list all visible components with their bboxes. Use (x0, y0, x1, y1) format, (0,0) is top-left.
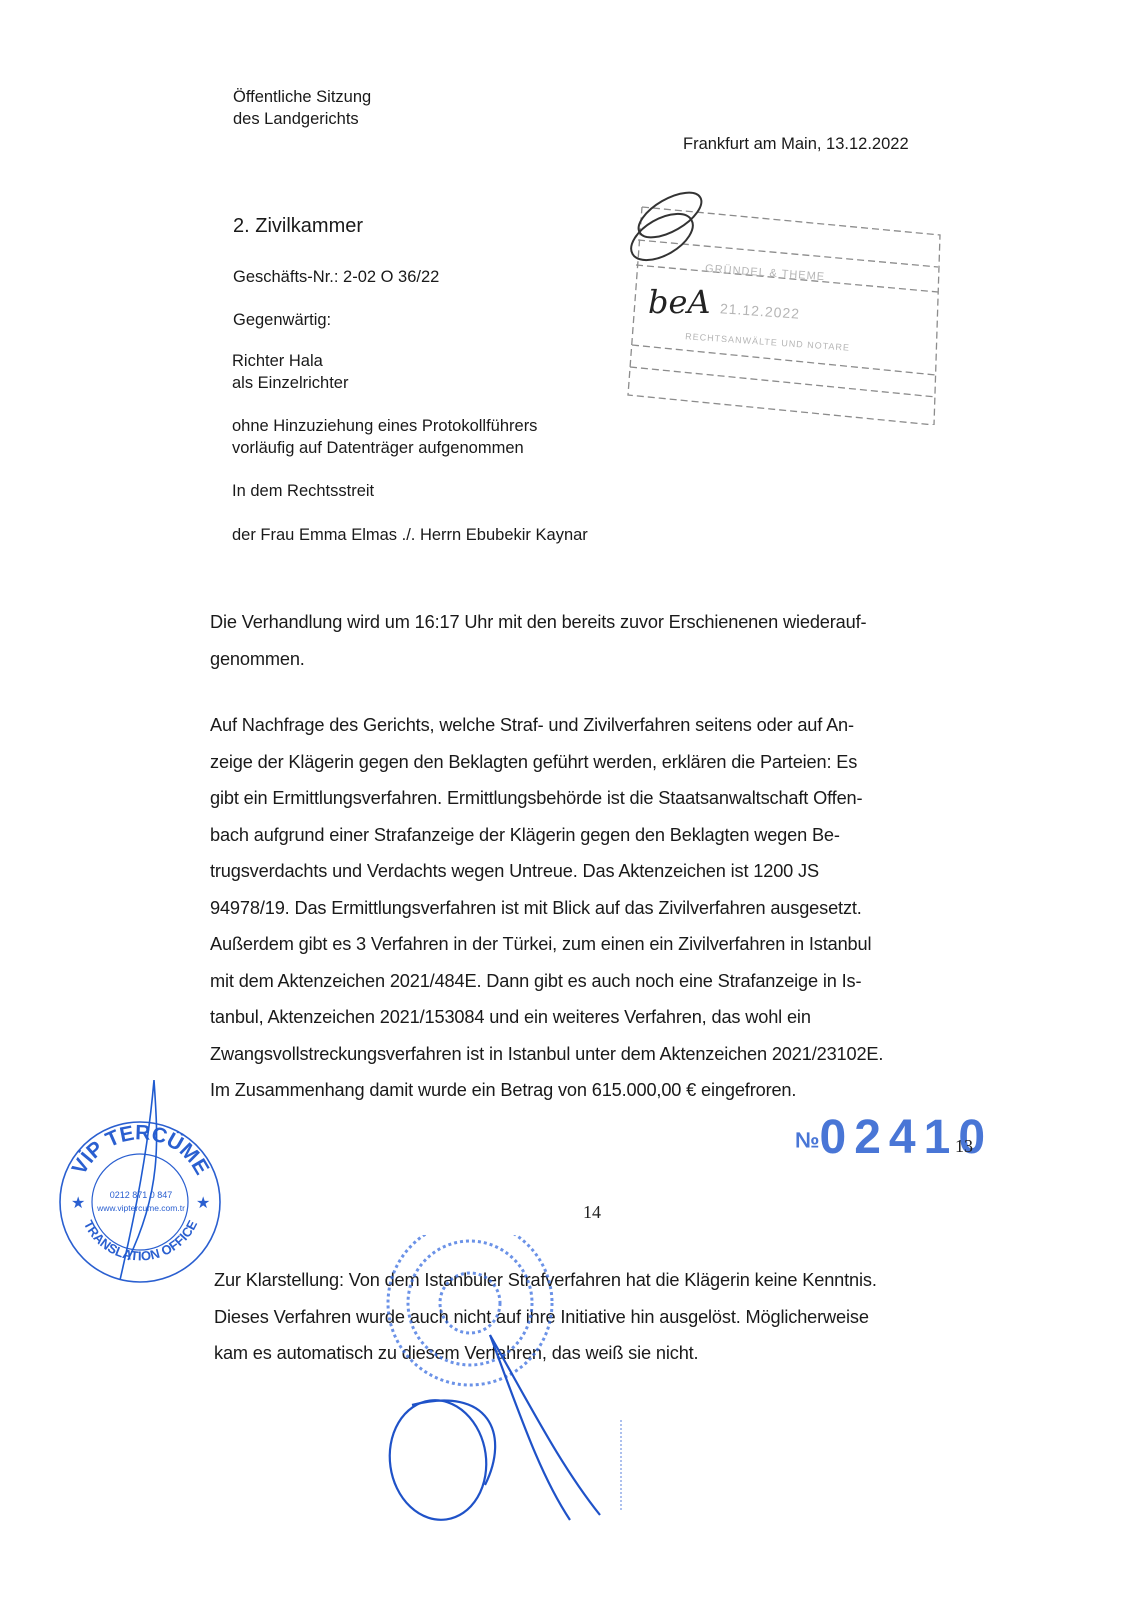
text-line: Zwangsvollstreckungsverfahren ist in Ist… (210, 1036, 990, 1073)
received-stamp: beA GRÜNDEL & THEME 21.12.2022 RECHTSANW… (620, 185, 945, 425)
original-page-number: 13 (955, 1136, 973, 1157)
text-line: Dieses Verfahren wurde auch nicht auf ih… (214, 1299, 994, 1336)
paragraph-resumption: Die Verhandlung wird um 16:17 Uhr mit de… (210, 604, 990, 677)
text-line: genommen. (210, 641, 990, 678)
stamp-residue (620, 1420, 636, 1510)
text-line: tanbul, Aktenzeichen 2021/153084 und ein… (210, 999, 990, 1036)
session-line-1: Öffentliche Sitzung (233, 86, 371, 108)
received-stamp-handwriting: beA (648, 283, 711, 321)
translation-office-seal: VİP TERCÜME TRANSLATION OFFICE ★ ★ 0212 … (58, 1120, 223, 1285)
place-date: Frankfurt am Main, 13.12.2022 (683, 133, 909, 155)
text-line: gibt ein Ermittlungsverfahren. Ermittlun… (210, 780, 990, 817)
case-number: Geschäfts-Nr.: 2-02 O 36/22 (233, 266, 439, 288)
parties: der Frau Emma Elmas ./. Herrn Ebubekir K… (232, 524, 588, 546)
text-line: kam es automatisch zu diesem Verfahren, … (214, 1335, 994, 1372)
text-line: Im Zusammenhang damit wurde ein Betrag v… (210, 1072, 990, 1109)
recording-line-2: vorläufig auf Datenträger aufgenommen (232, 437, 537, 459)
session-line-2: des Landgerichts (233, 108, 371, 130)
text-line: 94978/19. Das Ermittlungsverfahren ist m… (210, 890, 990, 927)
session-heading: Öffentliche Sitzung des Landgerichts (233, 86, 371, 130)
text-line: Außerdem gibt es 3 Verfahren in der Türk… (210, 926, 990, 963)
text-line: Die Verhandlung wird um 16:17 Uhr mit de… (210, 604, 990, 641)
text-line: Zur Klarstellung: Von dem Istanbuler Str… (214, 1262, 994, 1299)
judge-name: Richter Hala (232, 350, 348, 372)
chamber-title: 2. Zivilkammer (233, 213, 363, 239)
seal-signature-stroke (58, 1080, 223, 1280)
judge-block: Richter Hala als Einzelrichter (232, 350, 348, 394)
dispute-label: In dem Rechtsstreit (232, 480, 374, 502)
translation-page-number: 14 (583, 1202, 601, 1223)
number-sign: № (795, 1127, 820, 1152)
present-label: Gegenwärtig: (233, 309, 331, 331)
text-line: Auf Nachfrage des Gerichts, welche Straf… (210, 707, 990, 744)
text-line: trugsverdachts und Verdachts wegen Untre… (210, 853, 990, 890)
text-line: zeige der Klägerin gegen den Beklagten g… (210, 744, 990, 781)
text-line: bach aufgrund einer Strafanzeige der Klä… (210, 817, 990, 854)
judge-role: als Einzelrichter (232, 372, 348, 394)
recording-note: ohne Hinzuziehung eines Protokollführers… (232, 415, 537, 459)
text-line: mit dem Aktenzeichen 2021/484E. Dann gib… (210, 963, 990, 1000)
paragraph-proceedings: Auf Nachfrage des Gerichts, welche Straf… (210, 707, 990, 1109)
paragraph-clarification: Zur Klarstellung: Von dem Istanbuler Str… (214, 1262, 994, 1372)
recording-line-1: ohne Hinzuziehung eines Protokollführers (232, 415, 537, 437)
